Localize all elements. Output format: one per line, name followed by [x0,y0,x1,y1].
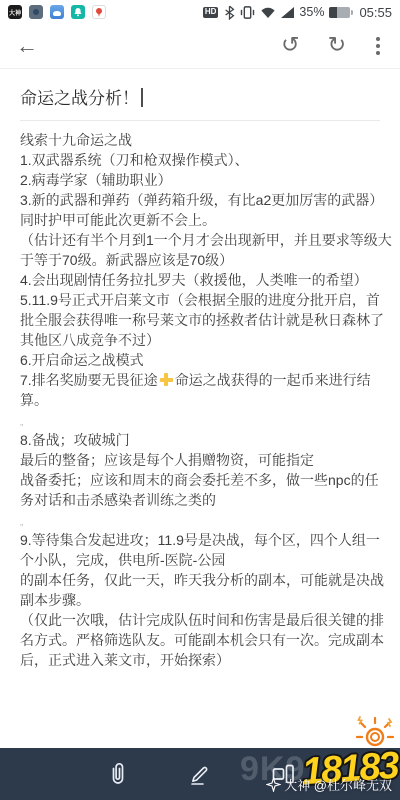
text-line: 其他区八成竞争不过） [20,330,380,350]
text-line: 名方式。严格筛选队友。可能副本机会只有一次。完成副本 [20,630,380,650]
battery-icon [329,7,350,18]
dashen-app-icon: 大神 [8,5,22,19]
text-line: 个小队，完成，供电所-医院-公园 [20,550,380,570]
app-notification-icon [29,5,43,19]
location-pin-icon [92,5,106,19]
gallery-app-icon [50,5,64,19]
bell-notification-icon [71,5,85,19]
note-title-row[interactable]: 命运之战分析！ [20,75,380,121]
text-line: （仅此一次哦，估计完成队伍时间和伤害是最后很关键的排 [20,610,380,630]
undo-button[interactable]: ↺ [281,35,299,57]
system-indicators: HD 35% 05:55 [203,5,392,20]
text-line: 8.备战；攻破城门 [20,430,380,450]
overflow-menu-button[interactable] [376,44,380,48]
text-line: （估计还有半个月到1一个月才会出现新甲，并且要求等级大 [20,230,380,250]
text-line: 最后的整备；应该是每个人捐赠物资，可能指定 [20,450,380,470]
faint-mark: „ [20,417,23,428]
text-line: 1.双武器系统（刀和枪双操作模式）、 [20,150,380,170]
vibrate-icon [240,5,255,20]
phone-screen: 大神 HD 35% [0,0,400,800]
hd-volte-icon: HD [203,7,219,18]
text-line: 7.排名奖励要无畏征途命运之战获得的一起币来进行结 [20,370,380,390]
attachment-button[interactable] [102,758,134,790]
text-line: 副本步骤。 [20,590,380,610]
text-cursor [141,88,143,107]
text-line: 同时护甲可能此次更新不会上。 [20,210,380,230]
bluetooth-icon [224,5,235,20]
clock-label: 05:55 [359,5,392,20]
back-button[interactable]: ← [16,35,38,57]
text-line: 线索十九命运之战 [20,130,380,150]
text-line: 的副本任务，仅此一天，昨天我分析的副本，可能就是决战 [20,570,380,590]
text-line: 3.新的武器和弹药（弹药箱升级，有比a2更加厉害的武器） [20,190,380,210]
redo-button[interactable]: ↻ [328,35,346,57]
note-body[interactable]: 线索十九命运之战1.双武器系统（刀和枪双操作模式）、2.病毒学家（辅助职业）3.… [20,121,380,670]
notification-icons: 大神 [8,5,106,19]
text-line: „ [20,410,380,430]
text-line: 于等于70级。新武器应该是70级） [20,250,380,270]
faint-mark: „ [20,517,23,528]
text-line: 算。 [20,390,380,410]
paperclip-icon [107,761,129,787]
text-line: 5.11.9号正式开启莱文市（会根据全服的进度分批开启，首 [20,290,380,310]
wifi-icon [260,5,276,19]
handwrite-button[interactable] [184,758,216,790]
text-line: „ [20,510,380,530]
text-line: 9.等待集合发起进攻；11.9号是决战，每个区，四个人组一 [20,530,380,550]
note-title[interactable]: 命运之战分析！ [20,89,139,108]
text-line: 后，正式进入莱文市，开始探索） [20,650,380,670]
text-line: 务对话和击杀感染者训练之类的 [20,490,380,510]
note-document[interactable]: 命运之战分析！ 线索十九命运之战1.双武器系统（刀和枪双操作模式）、2.病毒学家… [0,69,400,670]
watermark-author-text: 大神 @杜尔峰无双 [284,775,392,794]
text-line: 2.病毒学家（辅助职业） [20,170,380,190]
battery-percent-label: 35% [299,5,324,19]
bell-icon [73,7,83,17]
yellow-plus-icon [160,373,173,386]
pen-icon [187,761,213,787]
status-bar: 大神 HD 35% [0,0,400,24]
wand-star-icon [266,777,281,792]
watermark-author: 大神 @杜尔峰无双 [266,775,392,794]
text-line: 6.开启命运之战模式 [20,350,380,370]
text-line: 战备委托；应该和周末的商会委托差不多，做一些npc的任 [20,470,380,490]
text-line: 4.会出现剧情任务拉扎罗夫（救援他，人类唯一的希望） [20,270,380,290]
text-line: 批全服会获得唯一称号莱文市的拯救者估计就是秋日森林了 [20,310,380,330]
editor-toolbar: ← ↺ ↻ [0,24,400,69]
cell-signal-icon [281,7,294,18]
